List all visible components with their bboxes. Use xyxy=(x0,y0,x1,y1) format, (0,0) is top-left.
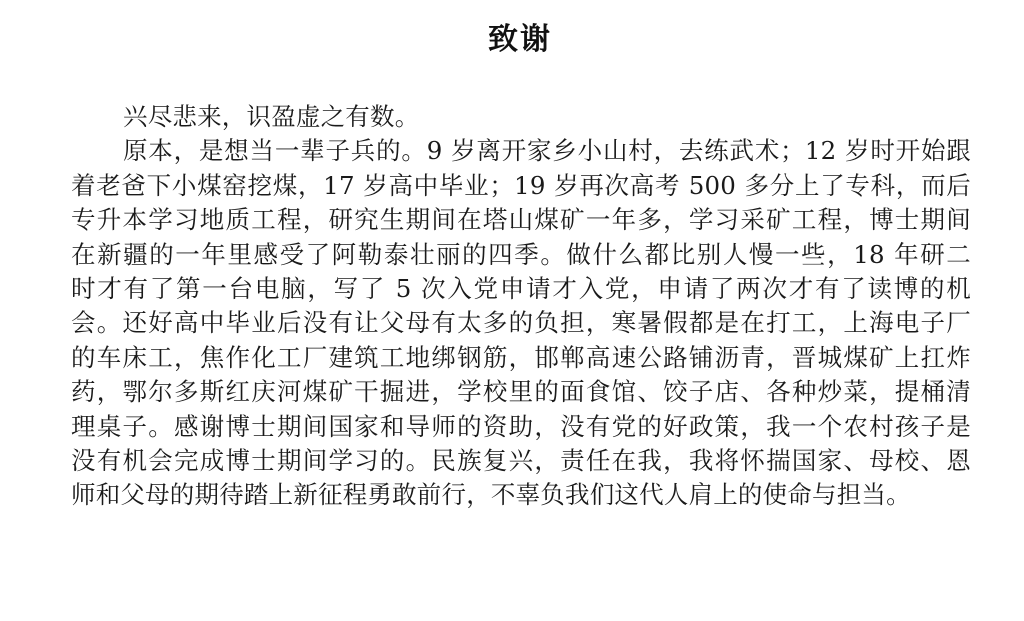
text-line: 没有机会完成博士期间学习的。民族复兴，责任在我，我将怀揣国家、母校、恩 xyxy=(71,444,971,478)
text-line: 药，鄂尔多斯红庆河煤矿干掘进，学校里的面食馆、饺子店、各种炒菜，提桶清 xyxy=(71,375,971,409)
text-line: 理桌子。感谢博士期间国家和导师的资助，没有党的好政策，我一个农村孩子是 xyxy=(71,410,971,444)
acknowledgement-body: 兴尽悲来，识盈虚之有数。 原本，是想当一辈子兵的。9 岁离开家乡小山村，去练武术… xyxy=(71,100,971,513)
text-line: 时才有了第一台电脑，写了 5 次入党申请才入党，申请了两次才有了读博的机 xyxy=(71,272,971,306)
text-line: 兴尽悲来，识盈虚之有数。 xyxy=(71,100,971,134)
text-line: 的车床工，焦作化工厂建筑工地绑钢筋，邯郸高速公路铺沥青，晋城煤矿上扛炸 xyxy=(71,341,971,375)
page-title: 致谢 xyxy=(0,14,1024,58)
text-line: 会。还好高中毕业后没有让父母有太多的负担，寒暑假都是在打工，上海电子厂 xyxy=(71,306,971,340)
text-line: 专升本学习地质工程，研究生期间在塔山煤矿一年多，学习采矿工程，博士期间 xyxy=(71,203,971,237)
text-line: 师和父母的期待踏上新征程勇敢前行，不辜负我们这代人肩上的使命与担当。 xyxy=(71,478,971,512)
text-line: 在新疆的一年里感受了阿勒泰壮丽的四季。做什么都比别人慢一些，18 年研二 xyxy=(71,238,971,272)
text-line: 原本，是想当一辈子兵的。9 岁离开家乡小山村，去练武术；12 岁时开始跟 xyxy=(71,134,971,168)
text-line: 着老爸下小煤窑挖煤，17 岁高中毕业；19 岁再次高考 500 多分上了专科，而… xyxy=(71,169,971,203)
